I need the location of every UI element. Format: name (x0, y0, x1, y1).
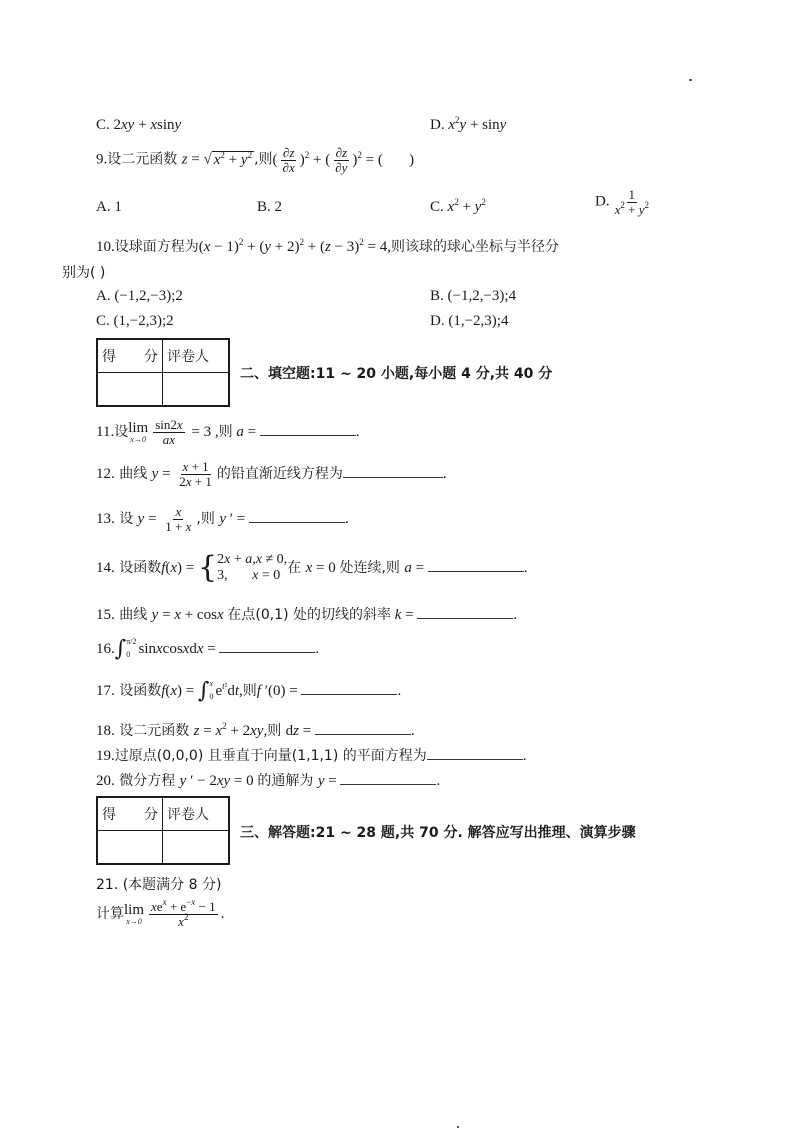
grader-label: 评卷人 (163, 797, 230, 831)
q18: 18. 设二元函数 z = x2 + 2xy,则 dz = . (96, 720, 415, 740)
q10-stem-line2: 别为( ) (62, 262, 105, 282)
q12: 12. 曲线 y = x + 12x + 1的铅直渐近线方程为. (96, 460, 447, 488)
q13: 13. 设 y = x1 + x,则 y ′ = . (96, 505, 349, 533)
section2-title: 二、填空题:11 ~ 20 小题,每小题 4 分,共 40 分 (240, 363, 552, 383)
q8-option-d: D. x2y + siny (430, 117, 506, 134)
score-cell[interactable] (97, 373, 163, 407)
answer-blank-q15[interactable] (417, 608, 513, 619)
answer-blank-q12[interactable] (343, 467, 443, 478)
grader-cell[interactable] (163, 373, 230, 407)
q9-option-b: B. 2 (257, 199, 282, 216)
scan-speck (457, 1126, 459, 1128)
q14: 14. 设函数f(x) = {2x + a,x ≠ 0,3, x = 0在 x … (96, 552, 528, 584)
q21-expression: 计算limx→0xex + e−x − 1x2. (96, 900, 224, 928)
score-label: 得 分 (97, 797, 163, 831)
answer-blank-q20[interactable] (340, 774, 436, 785)
answer-blank-q13[interactable] (249, 512, 345, 523)
q15: 15. 曲线 y = x + cosx 在点(0,1) 处的切线的斜率 k = … (96, 604, 517, 624)
q20: 20. 微分方程 y ′ − 2xy = 0 的通解为 y = . (96, 770, 440, 790)
q17: 17. 设函数f(x) = ∫x0et²dt,则f ′(0) = . (96, 678, 401, 704)
score-table-section3: 得 分 评卷人 (96, 796, 230, 865)
q9-stem: 9.设二元函数 z = √x2 + y2,则(∂z∂x)2 + (∂z∂y)2 … (96, 146, 414, 174)
answer-blank-q14[interactable] (428, 561, 524, 572)
score-cell[interactable] (97, 831, 163, 865)
q10-option-c: C. (1,−2,3);2 (96, 313, 174, 330)
q10-option-d: D. (1,−2,3);4 (430, 313, 508, 330)
score-label: 得 分 (97, 339, 163, 373)
q9-prefix: 设二元函数 (107, 152, 177, 168)
grader-label: 评卷人 (163, 339, 230, 373)
q8-option-c: C. 2xy + xsiny (96, 117, 181, 134)
score-table-section2: 得 分 评卷人 (96, 338, 230, 407)
q10-option-b: B. (−1,2,−3);4 (430, 288, 516, 305)
q9-option-c: C. x2 + y2 (430, 199, 486, 216)
answer-blank-q16[interactable] (219, 642, 315, 653)
q10-stem-line1: 10.设球面方程为(x − 1)2 + (y + 2)2 + (z − 3)2 … (96, 236, 559, 256)
section3-title: 三、解答题:21 ~ 28 题,共 70 分. 解答应写出推理、演算步骤 (240, 822, 636, 842)
q21-header: 21. (本题满分 8 分) (96, 874, 221, 894)
scan-speck (689, 79, 692, 81)
q19: 19.过原点(0,0,0) 且垂直于向量(1,1,1) 的平面方程为. (96, 745, 527, 765)
q9-option-d: D.1x2 + y2 (595, 188, 654, 216)
q16: 16.∫π/20sinxcosxdx = . (96, 636, 319, 662)
grader-cell[interactable] (163, 831, 230, 865)
answer-blank-q18[interactable] (315, 724, 411, 735)
q9-option-a: A. 1 (96, 199, 122, 216)
q11: 11.设limx→0sin2xax = 3 ,则 a = . (96, 418, 360, 446)
answer-blank-q17[interactable] (301, 684, 397, 695)
answer-blank-q11[interactable] (260, 425, 356, 436)
q10-option-a: A. (−1,2,−3);2 (96, 288, 183, 305)
answer-blank-q19[interactable] (427, 749, 523, 760)
